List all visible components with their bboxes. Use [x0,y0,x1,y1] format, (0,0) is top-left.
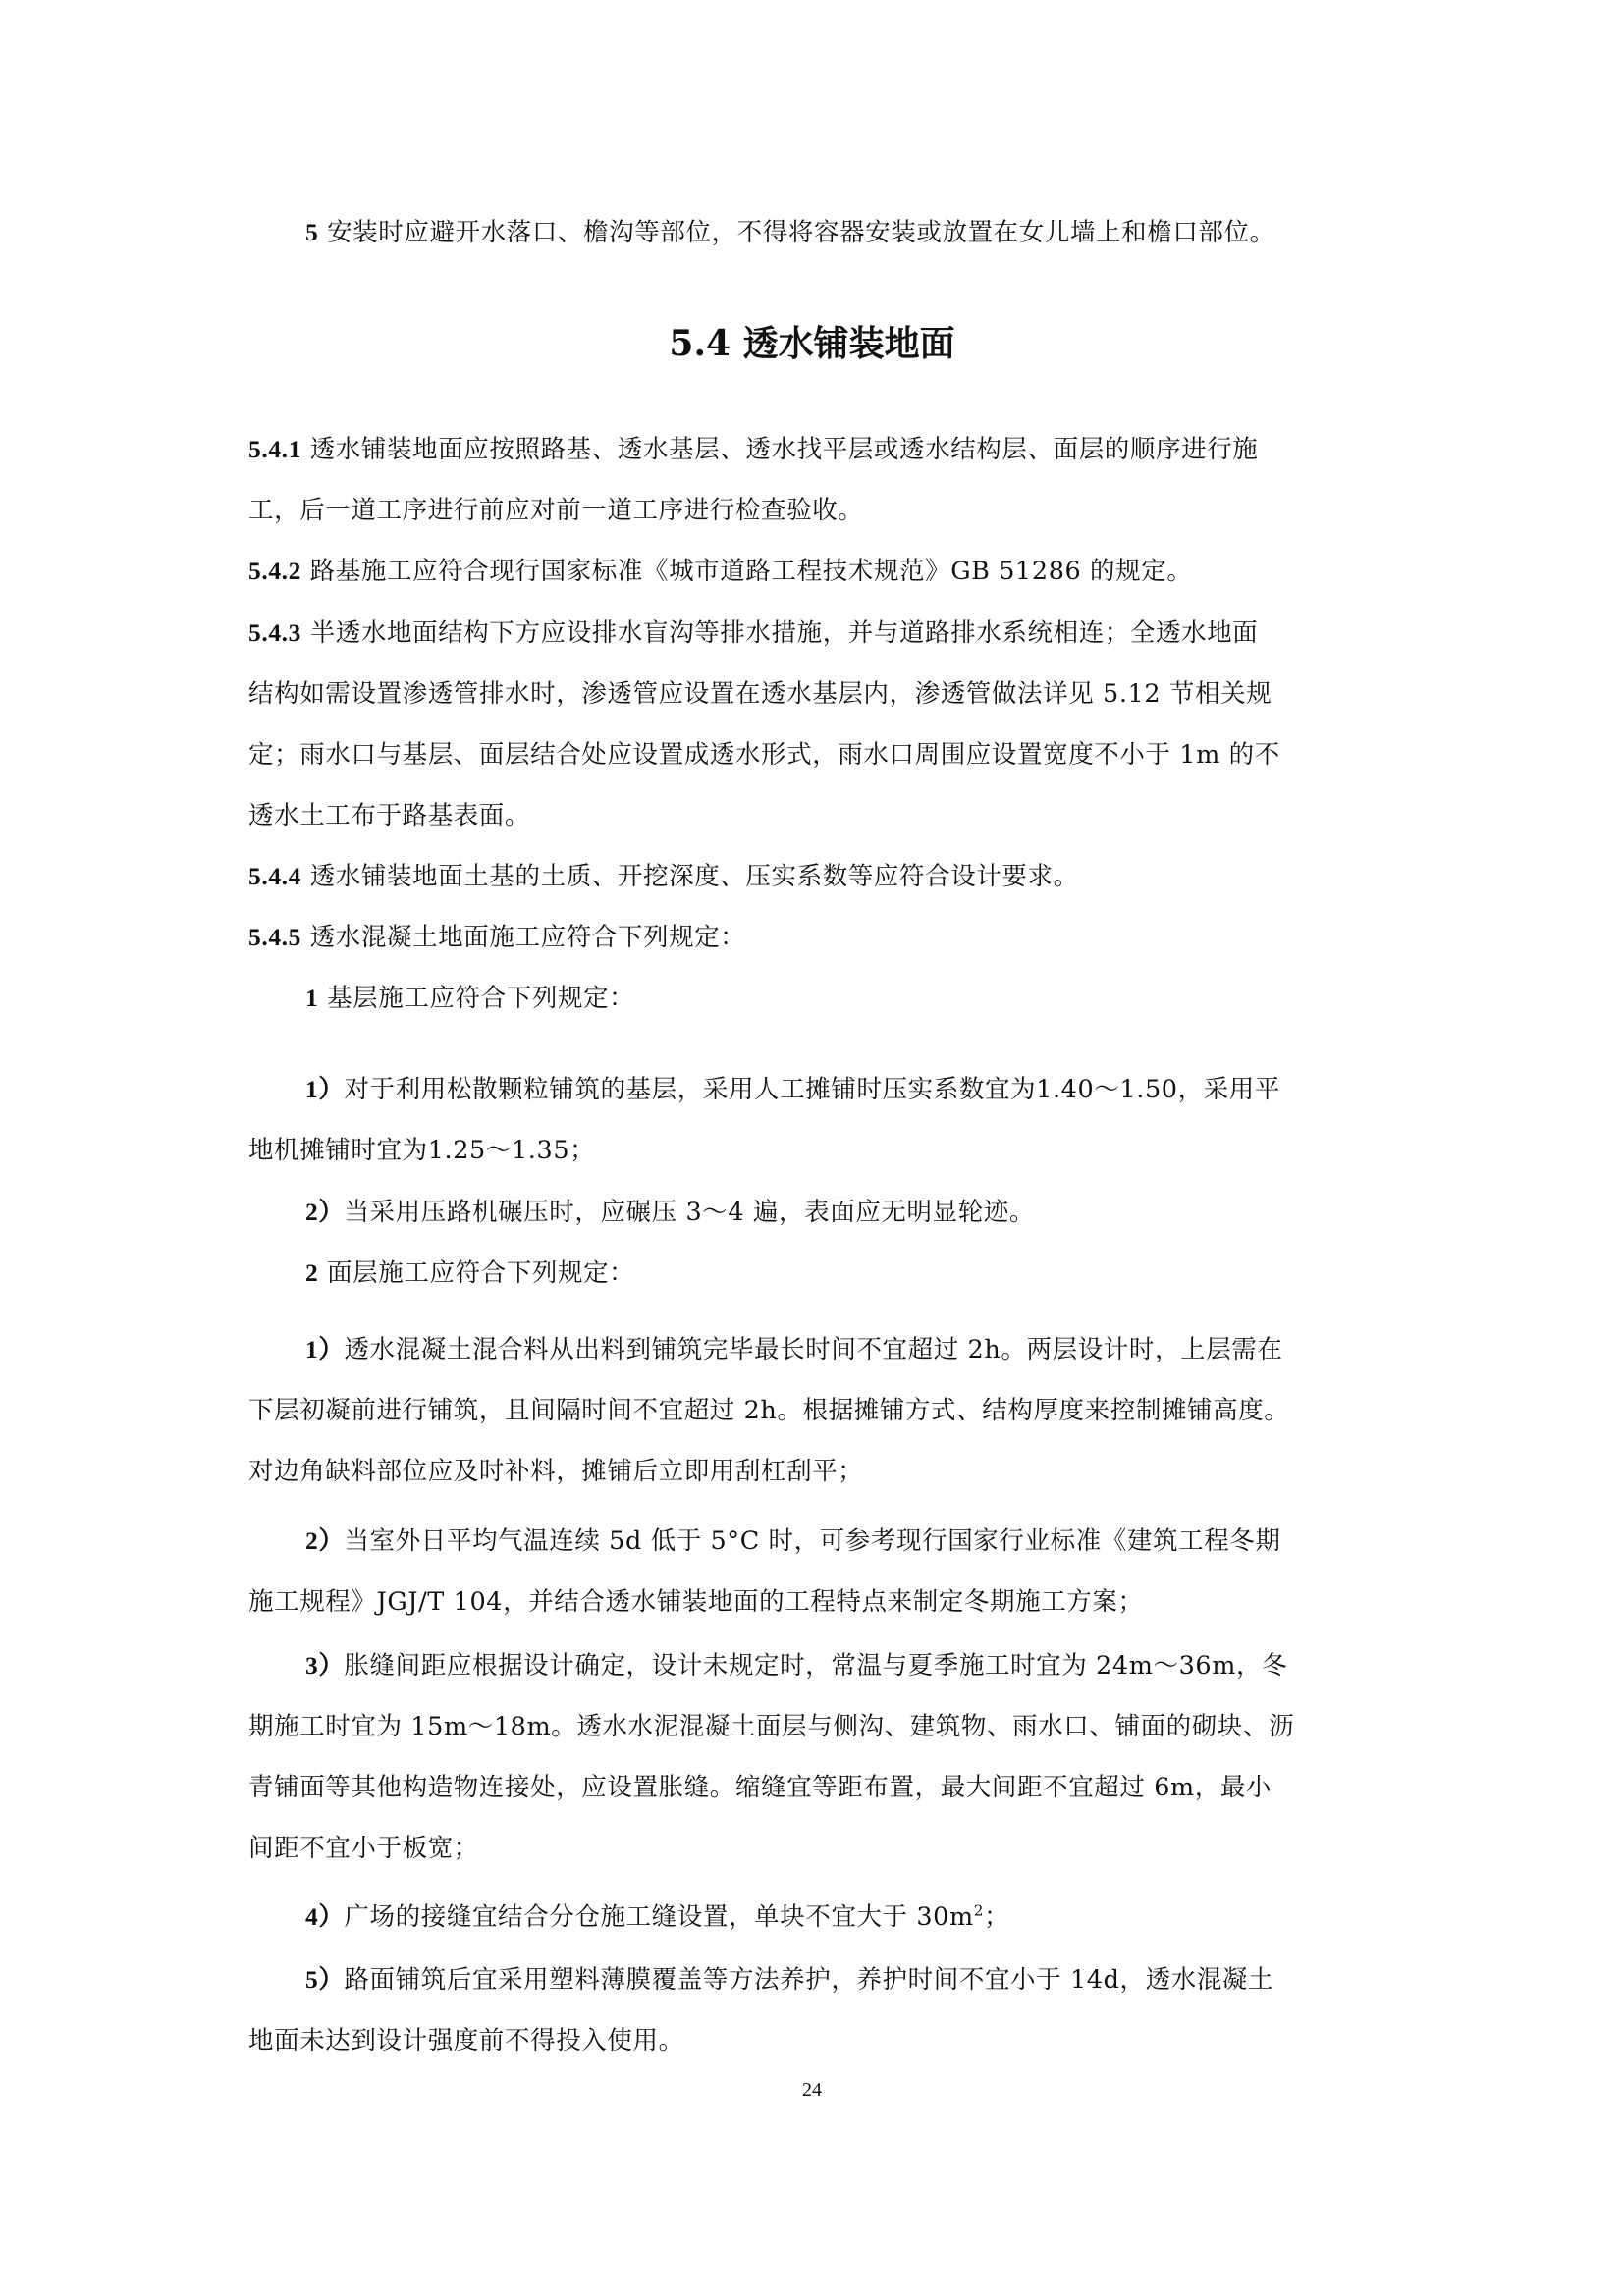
sub2-item-3-cont: 青铺面等其他构造物连接处，应设置胀缝。缩缝宜等距布置，最大间距不宜超过 6m，最… [248,1771,1382,1804]
clause-5-4-3-cont: 结构如需设置渗透管排水时，渗透管应设置在透水基层内，渗透管做法详见 5.12 节… [248,677,1382,711]
clause-5-4-1: 5.4.1 透水铺装地面应按照路基、透水基层、透水找平层或透水结构层、面层的顺序… [248,433,1382,466]
sub2-item-1-cont: 下层初凝前进行铺筑，且间隔时间不宜超过 2h。根据摊铺方式、结构厚度来控制摊铺高… [248,1394,1382,1427]
sub2-item-1: 1）透水混凝土混合料从出料到铺筑完毕最长时间不宜超过 2h。两层设计时，上层需在 [305,1333,1439,1366]
clause-5-4-1-cont: 工，后一道工序进行前应对前一道工序进行检查验收。 [248,494,1382,527]
sub2-item-3-cont: 期施工时宜为 15m～18m。透水水泥混凝土面层与侧沟、建筑物、雨水口、铺面的砌… [248,1710,1382,1743]
sub-item-1: 1 基层施工应符合下列规定： [305,982,1439,1015]
sub1-item-1-cont: 地机摊铺时宜为1.25～1.35； [248,1134,1382,1167]
sub2-item-5: 5）路面铺筑后宜采用塑料薄膜覆盖等方法养护，养护时间不宜小于 14d，透水混凝土 [305,1963,1439,1997]
clause-5-4-3: 5.4.3 半透水地面结构下方应设排水盲沟等排水措施，并与道路排水系统相连；全透… [248,616,1382,650]
sub2-item-2-cont: 施工规程》JGJ/T 104，并结合透水铺装地面的工程特点来制定冬期施工方案； [248,1585,1382,1619]
sub-item-2: 2 面层施工应符合下列规定： [305,1256,1439,1290]
sub2-item-2: 2）当室外日平均气温连续 5d 低于 5°C 时，可参考现行国家行业标准《建筑工… [305,1524,1439,1558]
sub2-item-4: 4）广场的接缝宜结合分仓施工缝设置，单块不宜大于 30m2； [305,1900,1439,1934]
sub1-item-1: 1）对于利用松散颗粒铺筑的基层，采用人工摊铺时压实系数宜为1.40～1.50，采… [305,1073,1439,1106]
clause-5-4-3-cont: 定；雨水口与基层、面层结合处应设置成透水形式，雨水口周围应设置宽度不小于 1m … [248,738,1382,772]
document-page: 5 安装时应避开水落口、檐沟等部位，不得将容器安装或放置在女儿墙上和檐口部位。 … [0,0,1624,2296]
sub2-item-3-cont: 间距不宜小于板宽； [248,1832,1382,1865]
section-heading: 5.4 透水铺装地面 [0,322,1624,365]
clause-5-4-5: 5.4.5 透水混凝土地面施工应符合下列规定： [248,921,1382,954]
clause-5-4-4: 5.4.4 透水铺装地面土基的土质、开挖深度、压实系数等应符合设计要求。 [248,860,1382,893]
page-number: 24 [0,2079,1624,2102]
sub1-item-2: 2）当采用压路机碾压时，应碾压 3～4 遍，表面应无明显轮迹。 [305,1196,1439,1229]
sub2-item-3: 3）胀缝间距应根据设计确定，设计未规定时，常温与夏季施工时宜为 24m～36m，… [305,1649,1439,1682]
sub2-item-5-cont: 地面未达到设计强度前不得投入使用。 [248,2024,1382,2057]
list-item-5: 5 安装时应避开水落口、檐沟等部位，不得将容器安装或放置在女儿墙上和檐口部位。 [305,216,1439,249]
clause-5-4-3-cont: 透水土工布于路基表面。 [248,799,1382,832]
clause-5-4-2: 5.4.2 路基施工应符合现行国家标准《城市道路工程技术规范》GB 51286 … [248,555,1382,588]
sub2-item-1-cont: 对边角缺料部位应及时补料，摊铺后立即用刮杠刮平； [248,1455,1382,1488]
